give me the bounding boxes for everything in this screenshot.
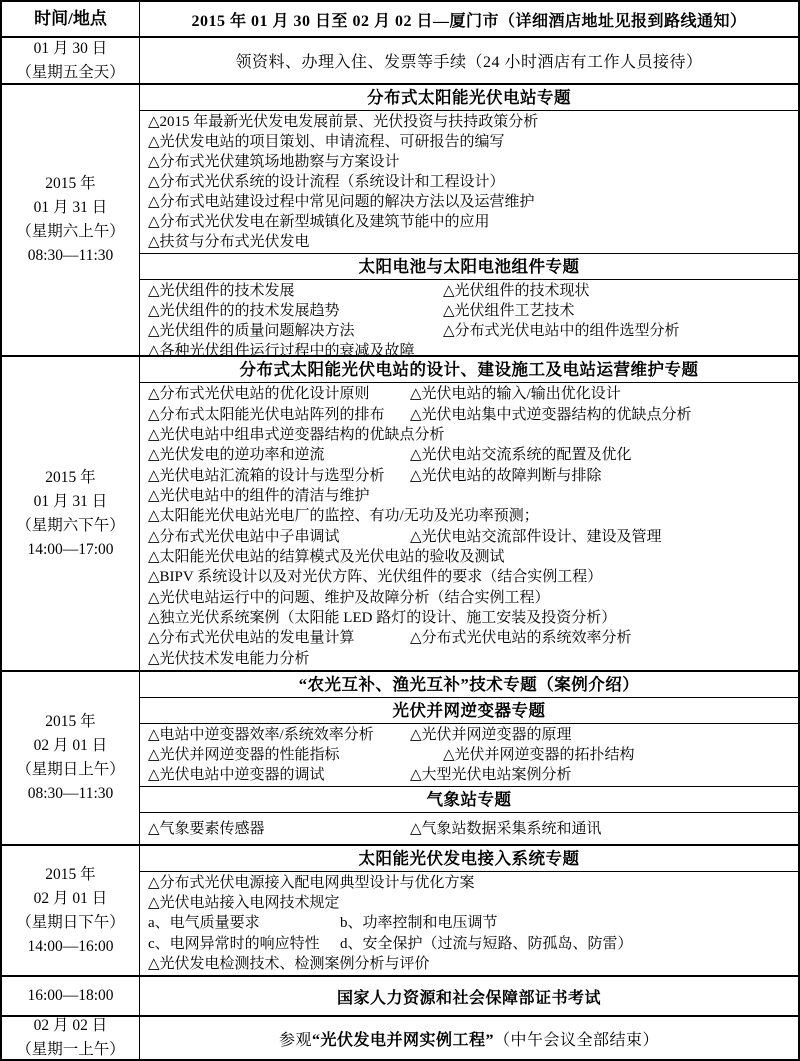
topic-item-col2: △光伏电站交流系统的配置及优化 bbox=[410, 447, 632, 463]
time-line: 02 月 01 日 bbox=[34, 734, 108, 758]
topic-item-col1: △电站中逆变器效率/系统效率分析 bbox=[148, 725, 410, 745]
topic-item-col1: △分布式光伏发电在新型城镇化及建筑节能中的应用 bbox=[148, 212, 490, 232]
topic-item-col1: △气象要素传感器 bbox=[148, 819, 410, 839]
section-header: 分布式太阳能光伏电站专题 bbox=[140, 85, 798, 111]
event-title: 2015 年 01 月 30 日至 02 月 02 日—厦门市（详细酒店地址见报… bbox=[140, 2, 798, 36]
topic-item: △光伏发电的逆功率和逆流△光伏电站交流系统的配置及优化 bbox=[148, 445, 794, 465]
schedule-row: 01 月 30 日（星期五全天）领资料、办理入住、发票等手续（24 小时酒店有工… bbox=[2, 38, 798, 85]
schedule-row: 2015 年02 月 01 日（星期日上午）08:30—11:30“农光互补、渔… bbox=[2, 672, 798, 846]
topic-list: △电站中逆变器效率/系统效率分析△光伏并网逆变器的原理△光伏并网逆变器的性能指标… bbox=[140, 724, 798, 786]
topic-item-col1: △光伏电站运行中的问题、维护及故障分析（结合实例工程） bbox=[148, 588, 550, 608]
topic-item-col1: c、电网异常时的响应特性 bbox=[148, 934, 340, 954]
topic-item-col1: △光伏发电检测技术、检测案例分析与评价 bbox=[148, 954, 430, 974]
time-line: 2015 年 bbox=[45, 466, 95, 490]
topic-item-col1: △扶贫与分布式光伏发电 bbox=[148, 232, 310, 252]
activity-text: 国家人力资源和社会保障部证书考试 bbox=[140, 977, 798, 1015]
time-line: 01 月 30 日 bbox=[34, 37, 108, 61]
topic-list: △气象要素传感器△气象站数据采集系统和通讯 bbox=[140, 813, 798, 844]
section-header: 太阳电池与太阳电池组件专题 bbox=[140, 253, 798, 280]
topic-item-col1: △分布式光伏建筑场地勘察与方案设计 bbox=[148, 152, 400, 172]
time-line: 14:00—16:00 bbox=[27, 935, 113, 959]
topic-item-col2: b、功率控制和电压调节 bbox=[340, 915, 498, 931]
section-header: 太阳能光伏发电接入系统专题 bbox=[140, 846, 798, 872]
topic-item: △扶贫与分布式光伏发电 bbox=[148, 232, 794, 252]
topic-item: △光伏发电检测技术、检测案例分析与评价 bbox=[148, 954, 794, 974]
schedule-table: 时间/地点 2015 年 01 月 30 日至 02 月 02 日—厦门市（详细… bbox=[0, 0, 800, 1061]
topic-item-col1: △光伏电站接入电网技术规定 bbox=[148, 893, 340, 913]
topic-item-col1: △光伏发电的逆功率和逆流 bbox=[148, 445, 410, 465]
topic-item-col1: △分布式光伏电站的发电量计算 bbox=[148, 628, 410, 648]
topic-item: a、电气质量要求b、功率控制和电压调节 bbox=[148, 913, 794, 933]
time-line: 2015 年 bbox=[45, 172, 95, 196]
topic-item-col1: a、电气质量要求 bbox=[148, 913, 340, 933]
topic-item-col1: △分布式光伏电站的优化设计原则 bbox=[148, 384, 410, 404]
content-cell: 参观 “光伏发电并网实例工程”（中午会议全部结束） bbox=[140, 1017, 798, 1059]
topic-item: △光伏电站运行中的问题、维护及故障分析（结合实例工程） bbox=[148, 588, 794, 608]
topic-item-col2: △光伏组件工艺技术 bbox=[443, 303, 575, 319]
topic-item-col1: △光伏发电站的项目策划、申请流程、可研报告的编写 bbox=[148, 132, 505, 152]
time-cell: 16:00—18:00 bbox=[2, 977, 140, 1015]
content-cell: 领资料、办理入住、发票等手续（24 小时酒店有工作人员接待） bbox=[140, 38, 798, 83]
schedule-row: 02 月 02 日（星期一上午）参观 “光伏发电并网实例工程”（中午会议全部结束… bbox=[2, 1017, 798, 1059]
time-line: 16:00—18:00 bbox=[27, 984, 113, 1008]
activity-text: 领资料、办理入住、发票等手续（24 小时酒店有工作人员接待） bbox=[140, 38, 798, 83]
topic-item: △独立光伏系统案例（太阳能 LED 路灯的设计、施工安装及投资分析） bbox=[148, 608, 794, 628]
topic-item-col1: △太阳能光伏电站光电厂的监控、有功/无功及光功率预测； bbox=[148, 506, 539, 526]
topic-item: △光伏电站中组串式逆变器结构的优缺点分析 bbox=[148, 425, 794, 445]
content-cell: “农光互补、渔光互补”技术专题（案例介绍）光伏并网逆变器专题△电站中逆变器效率/… bbox=[140, 672, 798, 844]
topic-item: △分布式光伏电站的优化设计原则△光伏电站的输入/输出优化设计 bbox=[148, 384, 794, 404]
time-line: （星期五全天） bbox=[16, 61, 125, 85]
time-cell: 01 月 30 日（星期五全天） bbox=[2, 38, 140, 83]
schedule-header-row: 时间/地点 2015 年 01 月 30 日至 02 月 02 日—厦门市（详细… bbox=[2, 2, 798, 38]
topic-item: △光伏电站汇流箱的设计与选型分析△光伏电站的故障判断与排除 bbox=[148, 466, 794, 486]
section-header: “农光互补、渔光互补”技术专题（案例介绍） bbox=[140, 672, 798, 698]
topic-item-col2: △光伏电站交流部件设计、建设及管理 bbox=[410, 529, 662, 545]
topic-item-col2: △光伏并网逆变器的拓扑结构 bbox=[443, 747, 635, 763]
time-line: （星期日下午） bbox=[16, 911, 125, 935]
topic-item: c、电网异常时的响应特性d、安全保护（过流与短路、防孤岛、防雷） bbox=[148, 934, 794, 954]
time-line: 2015 年 bbox=[45, 863, 95, 887]
topic-item: △光伏并网逆变器的性能指标△光伏并网逆变器的拓扑结构 bbox=[148, 745, 794, 765]
topic-item-col1: △光伏组件的质量问题解决方法 bbox=[148, 321, 443, 341]
topic-item: △分布式光伏电站中子串调试△光伏电站交流部件设计、建设及管理 bbox=[148, 527, 794, 547]
topic-item: △光伏技术发电能力分析 bbox=[148, 649, 794, 669]
topic-list: △光伏组件的技术发展△光伏组件的技术现状△光伏组件的的技术发展趋势△光伏组件工艺… bbox=[140, 280, 798, 362]
time-cell: 2015 年01 月 31 日（星期六下午）14:00—17:00 bbox=[2, 357, 140, 670]
topic-item: △光伏电站接入电网技术规定 bbox=[148, 893, 794, 913]
content-cell: 分布式太阳能光伏电站的设计、建设施工及电站运营维护专题△分布式光伏电站的优化设计… bbox=[140, 357, 798, 670]
topic-item-col2: △气象站数据采集系统和通讯 bbox=[410, 821, 602, 837]
topic-list: △2015 年最新光伏发电发展前景、光伏投资与扶持政策分析△光伏发电站的项目策划… bbox=[140, 111, 798, 253]
topic-item: △光伏组件的质量问题解决方法△分布式光伏电站中的组件选型分析 bbox=[148, 321, 794, 341]
header-event-cell: 2015 年 01 月 30 日至 02 月 02 日—厦门市（详细酒店地址见报… bbox=[140, 2, 798, 36]
topic-item: △分布式光伏系统的设计流程（系统设计和工程设计） bbox=[148, 172, 794, 192]
topic-item-col2: △光伏电站的故障判断与排除 bbox=[410, 468, 602, 484]
topic-item-col1: △光伏电站中逆变器的调试 bbox=[148, 765, 410, 785]
topic-item: △分布式电站建设过程中常见问题的解决方法以及运营维护 bbox=[148, 192, 794, 212]
topic-item: △分布式光伏电源接入配电网典型设计与优化方案 bbox=[148, 873, 794, 893]
time-line: 08:30—11:30 bbox=[28, 244, 114, 268]
topic-item: △分布式光伏发电在新型城镇化及建筑节能中的应用 bbox=[148, 212, 794, 232]
topic-item-col1: △光伏电站汇流箱的设计与选型分析 bbox=[148, 466, 410, 486]
topic-item: △太阳能光伏电站光电厂的监控、有功/无功及光功率预测； bbox=[148, 506, 794, 526]
topic-item: △分布式太阳能光伏电站阵列的排布△光伏电站集中式逆变器结构的优缺点分析 bbox=[148, 405, 794, 425]
topic-item: △BIPV 系统设计以及对光伏方阵、光伏组件的要求（结合实例工程） bbox=[148, 567, 794, 587]
time-line: 01 月 31 日 bbox=[34, 490, 108, 514]
topic-item: △电站中逆变器效率/系统效率分析△光伏并网逆变器的原理 bbox=[148, 725, 794, 745]
schedule-row: 2015 年01 月 31 日（星期六上午）08:30—11:30分布式太阳能光… bbox=[2, 85, 798, 357]
topic-item: △分布式光伏电站的发电量计算△分布式光伏电站的系统效率分析 bbox=[148, 628, 794, 648]
time-line: 02 月 02 日 bbox=[34, 1014, 108, 1038]
topic-item-col2: △光伏电站的输入/输出优化设计 bbox=[410, 386, 621, 402]
topic-item-col2: △大型光伏电站案例分析 bbox=[410, 767, 572, 783]
topic-item: △气象要素传感器△气象站数据采集系统和通讯 bbox=[148, 819, 794, 839]
topic-item-col1: △2015 年最新光伏发电发展前景、光伏投资与扶持政策分析 bbox=[148, 112, 538, 132]
topic-list: △分布式光伏电源接入配电网典型设计与优化方案△光伏电站接入电网技术规定a、电气质… bbox=[140, 872, 798, 975]
topic-item-col1: △分布式光伏系统的设计流程（系统设计和工程设计） bbox=[148, 172, 505, 192]
content-cell: 国家人力资源和社会保障部证书考试 bbox=[140, 977, 798, 1015]
topic-item-col1: △光伏电站中组串式逆变器结构的优缺点分析 bbox=[148, 425, 445, 445]
topic-item-col1: △分布式太阳能光伏电站阵列的排布 bbox=[148, 405, 410, 425]
topic-list: △分布式光伏电站的优化设计原则△光伏电站的输入/输出优化设计△分布式太阳能光伏电… bbox=[140, 383, 798, 670]
topic-item-col1: △光伏组件的技术发展 bbox=[148, 281, 443, 301]
topic-item-col1: △分布式光伏电站中子串调试 bbox=[148, 527, 410, 547]
topic-item-col1: △BIPV 系统设计以及对光伏方阵、光伏组件的要求（结合实例工程） bbox=[148, 567, 602, 587]
activity-text-part: 参观 bbox=[279, 1027, 312, 1050]
topic-item-col1: △光伏技术发电能力分析 bbox=[148, 649, 310, 669]
time-line: 02 月 01 日 bbox=[34, 887, 108, 911]
topic-item-col1: △光伏电站中的组件的清洁与维护 bbox=[148, 486, 370, 506]
topic-item-col1: △光伏并网逆变器的性能指标 bbox=[148, 745, 443, 765]
topic-item-col2: △光伏电站集中式逆变器结构的优缺点分析 bbox=[410, 407, 692, 423]
content-cell: 太阳能光伏发电接入系统专题△分布式光伏电源接入配电网典型设计与优化方案△光伏电站… bbox=[140, 846, 798, 975]
topic-item-col2: △光伏组件的技术现状 bbox=[443, 283, 590, 299]
activity-text-em: “光伏发电并网实例工程” bbox=[312, 1027, 494, 1050]
topic-item: △光伏组件的的技术发展趋势△光伏组件工艺技术 bbox=[148, 301, 794, 321]
topic-item: △光伏组件的技术发展△光伏组件的技术现状 bbox=[148, 281, 794, 301]
time-cell: 02 月 02 日（星期一上午） bbox=[2, 1017, 140, 1059]
topic-item: △光伏电站中的组件的清洁与维护 bbox=[148, 486, 794, 506]
time-line: （星期日上午） bbox=[16, 758, 125, 782]
activity-text: 参观 “光伏发电并网实例工程”（中午会议全部结束） bbox=[140, 1017, 798, 1059]
section-header: 分布式太阳能光伏电站的设计、建设施工及电站运营维护专题 bbox=[140, 357, 798, 383]
section-header: 光伏并网逆变器专题 bbox=[140, 698, 798, 724]
topic-item-col1: △分布式光伏电源接入配电网典型设计与优化方案 bbox=[148, 873, 475, 893]
topic-item-col1: △太阳能光伏电站的结算模式及光伏电站的验收及测试 bbox=[148, 547, 505, 567]
topic-item-col1: △光伏组件的的技术发展趋势 bbox=[148, 301, 443, 321]
topic-item-col1: △独立光伏系统案例（太阳能 LED 路灯的设计、施工安装及投资分析） bbox=[148, 608, 616, 628]
time-line: （星期一上午） bbox=[16, 1038, 125, 1061]
schedule-row: 2015 年02 月 01 日（星期日下午）14:00—16:00太阳能光伏发电… bbox=[2, 846, 798, 977]
header-time-location-cell: 时间/地点 bbox=[2, 2, 140, 36]
time-line: （星期六上午） bbox=[16, 220, 125, 244]
time-cell: 2015 年02 月 01 日（星期日下午）14:00—16:00 bbox=[2, 846, 140, 975]
time-line: 08:30—11:30 bbox=[28, 782, 114, 806]
schedule-row: 2015 年01 月 31 日（星期六下午）14:00—17:00分布式太阳能光… bbox=[2, 357, 798, 672]
topic-item: △2015 年最新光伏发电发展前景、光伏投资与扶持政策分析 bbox=[148, 112, 794, 132]
topic-item-col2: △光伏并网逆变器的原理 bbox=[410, 727, 572, 743]
topic-item-col1: △分布式电站建设过程中常见问题的解决方法以及运营维护 bbox=[148, 192, 535, 212]
section-header: 气象站专题 bbox=[140, 786, 798, 813]
topic-item-col2: △分布式光伏电站的系统效率分析 bbox=[410, 630, 632, 646]
schedule-row: 16:00—18:00国家人力资源和社会保障部证书考试 bbox=[2, 977, 798, 1017]
topic-item-col2: d、安全保护（过流与短路、防孤岛、防雷） bbox=[340, 936, 633, 952]
topic-item: △光伏电站中逆变器的调试△大型光伏电站案例分析 bbox=[148, 765, 794, 785]
topic-item-col2: △分布式光伏电站中的组件选型分析 bbox=[443, 323, 680, 339]
topic-item: △光伏发电站的项目策划、申请流程、可研报告的编写 bbox=[148, 132, 794, 152]
time-line: （星期六下午） bbox=[16, 514, 125, 538]
time-line: 14:00—17:00 bbox=[27, 538, 113, 562]
activity-text-part: （中午会议全部结束） bbox=[494, 1027, 659, 1050]
topic-item: △分布式光伏建筑场地勘察与方案设计 bbox=[148, 152, 794, 172]
time-line: 2015 年 bbox=[45, 710, 95, 734]
time-cell: 2015 年01 月 31 日（星期六上午）08:30—11:30 bbox=[2, 85, 140, 355]
topic-item: △太阳能光伏电站的结算模式及光伏电站的验收及测试 bbox=[148, 547, 794, 567]
content-cell: 分布式太阳能光伏电站专题△2015 年最新光伏发电发展前景、光伏投资与扶持政策分… bbox=[140, 85, 798, 355]
time-cell: 2015 年02 月 01 日（星期日上午）08:30—11:30 bbox=[2, 672, 140, 844]
time-line: 01 月 31 日 bbox=[34, 196, 108, 220]
